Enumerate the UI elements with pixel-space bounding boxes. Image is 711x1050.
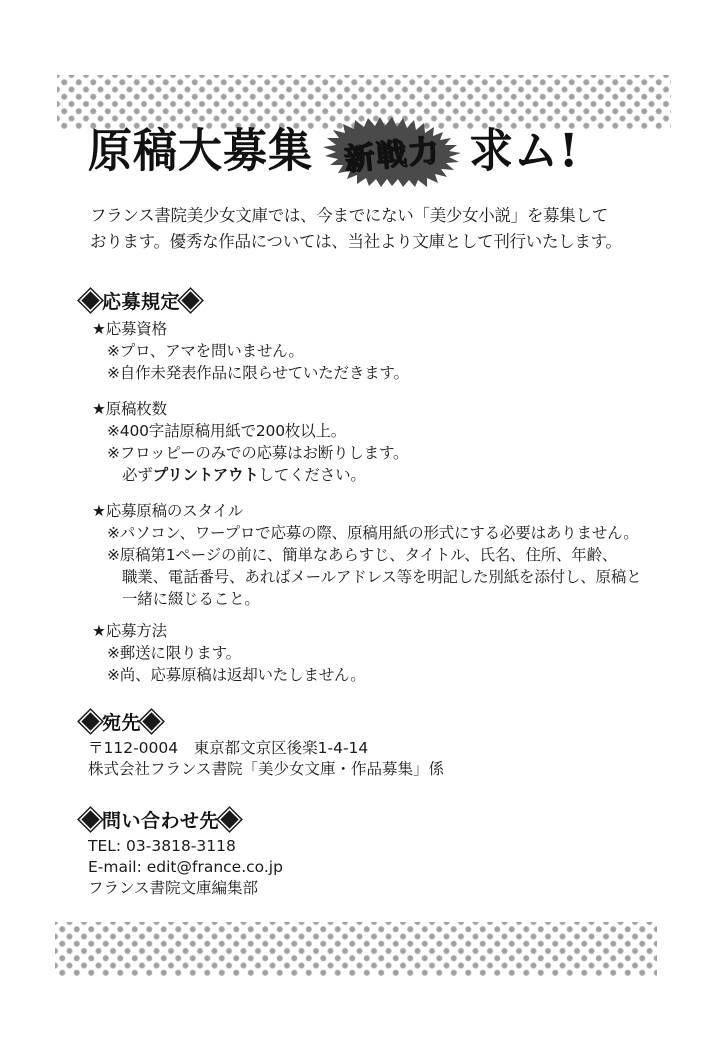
section-heading-rules-label: 応募規定: [102, 287, 180, 314]
diamond-icon: [220, 810, 240, 830]
section-heading-address: 宛先: [80, 708, 163, 735]
inquiry-email: E-mail: edit@france.co.jp: [88, 857, 283, 878]
diamond-icon: [81, 291, 101, 311]
eligibility-note-1: ※プロ、アマを問いません。: [92, 340, 409, 362]
rules-page-count: ★原稿枚数 ※400字詰原稿用紙で200枚以上。 ※フロッピーのみでの応募はお断…: [92, 398, 408, 486]
recipient: 株式会社フランス書院「美少女文庫・作品募集」係: [88, 759, 444, 780]
postal-address: 〒112-0004 東京都文京区後楽1-4-14: [88, 738, 444, 759]
diamond-icon: [81, 712, 101, 732]
headline-main: 原稿大募集: [88, 129, 313, 175]
method-note-1: ※郵送に限ります。: [92, 642, 366, 664]
style-note-1: ※パソコン、ワープロで応募の際、原稿用紙の形式にする必要はありません。: [92, 522, 641, 544]
page-count-note-2: ※フロッピーのみでの応募はお断りします。: [92, 442, 408, 464]
style-note-2: ※原稿第1ページの前に、簡単なあらすじ、タイトル、氏名、住所、年齢、: [92, 544, 641, 566]
page-count-note-1: ※400字詰原稿用紙で200枚以上。: [92, 420, 408, 442]
section-heading-address-label: 宛先: [102, 708, 141, 735]
intro-line-1: フランス書院美少女文庫では、今までにない「美少女小説」を募集して: [90, 203, 650, 229]
eligibility-note-2: ※自作未発表作品に限らせていただきます。: [92, 362, 409, 384]
style-continuation-2: 一緒に綴じること。: [92, 588, 641, 610]
method-title: ★応募方法: [92, 620, 366, 642]
continuation-bold: プリントアウト: [153, 466, 259, 484]
diamond-icon: [81, 810, 101, 830]
address-block: 〒112-0004 東京都文京区後楽1-4-14 株式会社フランス書院「美少女文…: [88, 738, 444, 780]
section-heading-inquiry: 問い合わせ先: [80, 806, 241, 833]
style-title: ★応募原稿のスタイル: [92, 500, 641, 522]
headline: 原稿大募集 新戦力 求ム!: [88, 124, 579, 180]
intro-line-2: おります。優秀な作品については、当社より文庫として刊行いたします。: [90, 229, 650, 255]
inquiry-tel: TEL: 03-3818-3118: [88, 836, 283, 857]
halftone-dot-band-bottom: [55, 922, 657, 976]
rules-method: ★応募方法 ※郵送に限ります。 ※尚、応募原稿は返却いたしません。: [92, 620, 366, 686]
method-note-2: ※尚、応募原稿は返却いたしません。: [92, 664, 366, 686]
diamond-icon: [181, 291, 201, 311]
continuation-prefix: 必ず: [122, 466, 153, 484]
intro-paragraph: フランス書院美少女文庫では、今までにない「美少女小説」を募集して おります。優秀…: [90, 203, 650, 255]
inquiry-department: フランス書院文庫編集部: [88, 878, 283, 899]
style-continuation-1: 職業、電話番号、あればメールアドレス等を明記した別紙を添付し、原稿と: [92, 566, 641, 588]
burst-badge: 新戦力: [317, 117, 467, 187]
diamond-icon: [142, 712, 162, 732]
inquiry-block: TEL: 03-3818-3118 E-mail: edit@france.co…: [88, 836, 283, 899]
rules-style: ★応募原稿のスタイル ※パソコン、ワープロで応募の際、原稿用紙の形式にする必要は…: [92, 500, 641, 610]
section-heading-inquiry-label: 問い合わせ先: [102, 806, 219, 833]
eligibility-title: ★応募資格: [92, 318, 409, 340]
section-heading-rules: 応募規定: [80, 287, 202, 314]
headline-tail: 求ム!: [469, 129, 579, 175]
rules-eligibility: ★応募資格 ※プロ、アマを問いません。 ※自作未発表作品に限らせていただきます。: [92, 318, 409, 384]
page-count-continuation: 必ずプリントアウトしてください。: [92, 464, 408, 486]
page-count-title: ★原稿枚数: [92, 398, 408, 420]
continuation-suffix: してください。: [259, 466, 366, 484]
